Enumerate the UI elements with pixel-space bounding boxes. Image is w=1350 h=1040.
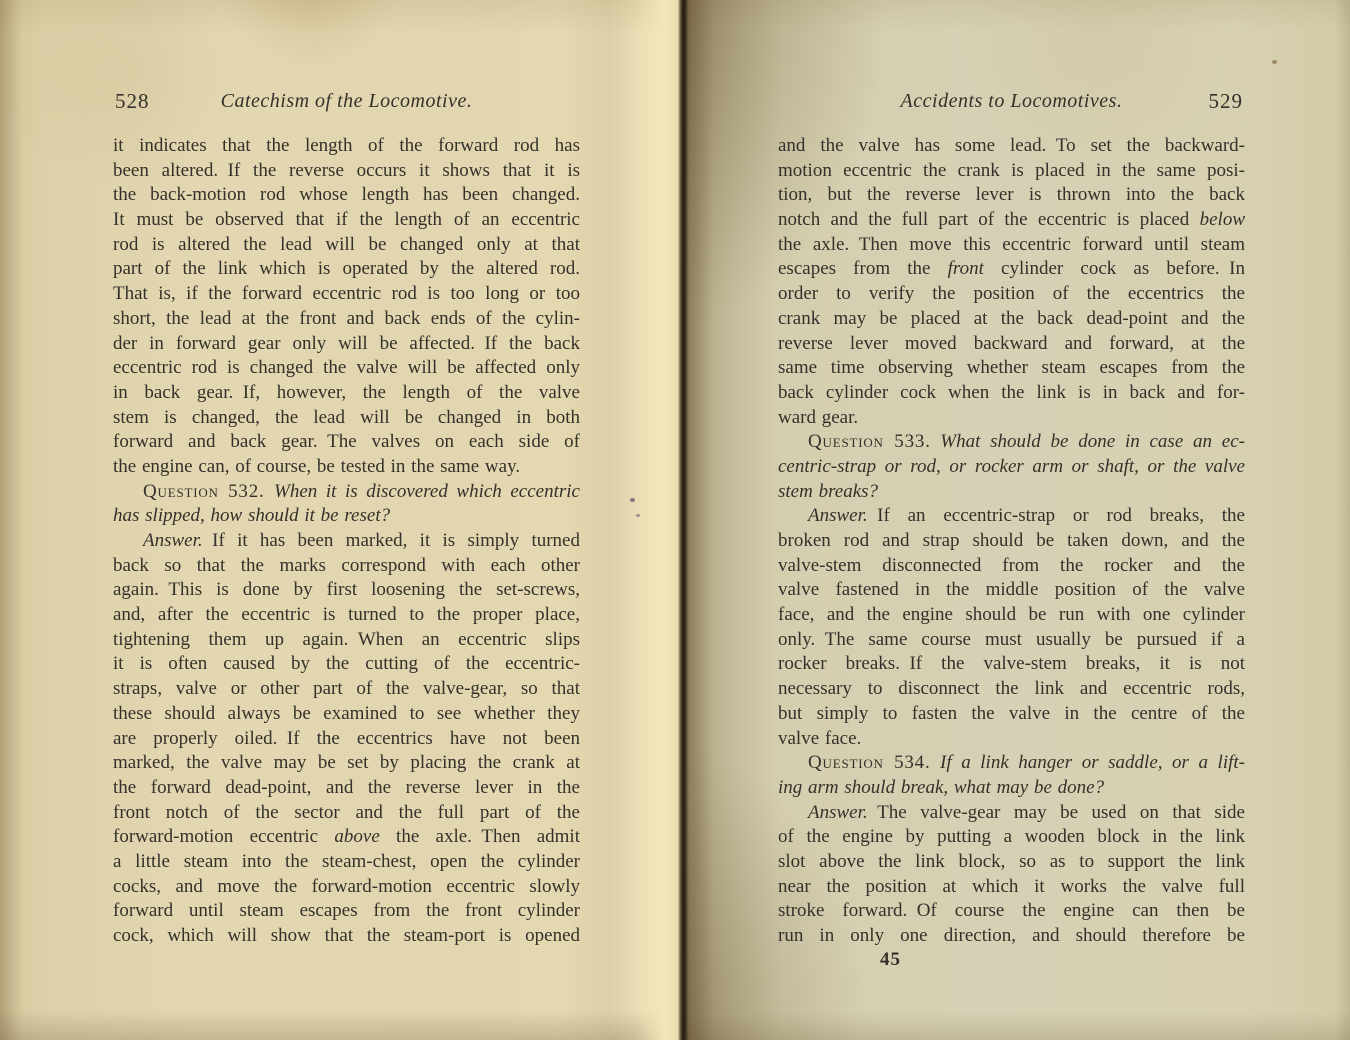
text-line: in back gear. If, however, the length of… — [113, 381, 580, 406]
text-line: slot above the link block, so as to supp… — [778, 850, 1245, 875]
text-line: Question 532. When it is discovered whic… — [113, 480, 580, 505]
signature-mark: 45 — [880, 949, 901, 971]
text-line: notch and the full part of the eccentric… — [778, 208, 1245, 233]
text-line: Answer. The valve-gear may be used on th… — [778, 801, 1245, 826]
text-line: but simply to fasten the valve in the ce… — [778, 702, 1245, 727]
text-line: Answer. If it has been marked, it is sim… — [113, 529, 580, 554]
text-line: Answer. If an eccentric-strap or rod bre… — [778, 504, 1245, 529]
left-page: 528 Catechism of the Locomotive. it indi… — [0, 0, 677, 1040]
text-line: again. This is done by first loosening t… — [113, 578, 580, 603]
text-line: straps, valve or other part of the valve… — [113, 677, 580, 702]
text-line: it is often caused by the cutting of the… — [113, 652, 580, 677]
text-line: run in only one direction, and should th… — [778, 924, 1245, 949]
text-line: stroke forward. Of course the engine can… — [778, 899, 1245, 924]
text-line: eccentric rod is changed the valve will … — [113, 356, 580, 381]
text-line: back so that the marks correspond with e… — [113, 554, 580, 579]
text-line: motion eccentric the crank is placed in … — [778, 159, 1245, 184]
left-page-number: 528 — [115, 88, 150, 114]
text-line: the back-motion rod whose length has bee… — [113, 183, 580, 208]
text-line: reverse lever moved backward and forward… — [778, 332, 1245, 357]
text-line: rod is altered the lead will be changed … — [113, 233, 580, 258]
right-page-text: and the valve has some lead. To set the … — [778, 134, 1245, 949]
left-page-text: it indicates that the length of the forw… — [113, 134, 580, 949]
text-line: valve face. — [778, 727, 1245, 752]
text-line: ward gear. — [778, 406, 1245, 431]
text-line: rocker breaks. If the valve-stem breaks,… — [778, 652, 1245, 677]
book-spread: 528 Catechism of the Locomotive. it indi… — [0, 0, 1350, 1040]
text-line: near the position at which it works the … — [778, 875, 1245, 900]
left-running-title: Catechism of the Locomotive. — [113, 88, 580, 114]
text-line: ing arm should break, what may be done? — [778, 776, 1245, 801]
text-line: tion, but the reverse lever is thrown in… — [778, 183, 1245, 208]
text-line: forward and back gear. The valves on eac… — [113, 430, 580, 455]
text-line: only. The same course must usually be pu… — [778, 628, 1245, 653]
text-line: the axle. Then move this eccentric forwa… — [778, 233, 1245, 258]
text-line: front notch of the sector and the full p… — [113, 801, 580, 826]
text-line: the engine can, of course, be tested in … — [113, 455, 580, 480]
text-line: escapes from the front cylinder cock as … — [778, 257, 1245, 282]
text-line: valve fastened in the middle position of… — [778, 578, 1245, 603]
text-line: Question 533. What should be done in cas… — [778, 430, 1245, 455]
text-line: necessary to disconnect the link and ecc… — [778, 677, 1245, 702]
left-page-header: 528 Catechism of the Locomotive. — [113, 88, 580, 114]
text-line: stem breaks? — [778, 480, 1245, 505]
text-line: That is, if the forward eccentric rod is… — [113, 282, 580, 307]
text-line: and, after the eccentric is turned to th… — [113, 603, 580, 628]
text-line: tightening them up again. When an eccent… — [113, 628, 580, 653]
text-line: are properly oiled. If the eccentrics ha… — [113, 727, 580, 752]
text-line: crank may be placed at the back dead-poi… — [778, 307, 1245, 332]
text-line: part of the link which is operated by th… — [113, 257, 580, 282]
text-line: cocks, and move the forward-motion eccen… — [113, 875, 580, 900]
text-line: has slipped, how should it be reset? — [113, 504, 580, 529]
right-running-title: Accidents to Locomotives. — [778, 88, 1245, 114]
text-line: broken rod and strap should be taken dow… — [778, 529, 1245, 554]
text-line: of the engine by putting a wooden block … — [778, 825, 1245, 850]
text-line: same time observing whether steam escape… — [778, 356, 1245, 381]
text-line: forward until steam escapes from the fro… — [113, 899, 580, 924]
text-line: short, the lead at the front and back en… — [113, 307, 580, 332]
text-line: centric-strap or rod, or rocker arm or s… — [778, 455, 1245, 480]
text-line: a little steam into the steam-chest, ope… — [113, 850, 580, 875]
text-line: and the valve has some lead. To set the … — [778, 134, 1245, 159]
text-line: these should always be examined to see w… — [113, 702, 580, 727]
right-page-header: Accidents to Locomotives. 529 — [778, 88, 1245, 114]
text-line: forward-motion eccentric above the axle.… — [113, 825, 580, 850]
left-text-block: 528 Catechism of the Locomotive. it indi… — [113, 88, 580, 949]
text-line: marked, the valve may be set by placing … — [113, 751, 580, 776]
text-line: Question 534. If a link hanger or saddle… — [778, 751, 1245, 776]
text-line: been altered. If the reverse occurs it s… — [113, 159, 580, 184]
text-line: face, and the engine should be run with … — [778, 603, 1245, 628]
text-line: It must be observed that if the length o… — [113, 208, 580, 233]
text-line: cock, which will show that the steam-por… — [113, 924, 580, 949]
text-line: der in forward gear only will be affecte… — [113, 332, 580, 357]
text-line: back cylinder cock when the link is in b… — [778, 381, 1245, 406]
text-line: valve-stem disconnected from the rocker … — [778, 554, 1245, 579]
text-line: it indicates that the length of the forw… — [113, 134, 580, 159]
text-line: stem is changed, the lead will be change… — [113, 406, 580, 431]
text-line: order to verify the position of the ecce… — [778, 282, 1245, 307]
right-text-block: Accidents to Locomotives. 529 and the va… — [778, 88, 1245, 949]
right-page: Accidents to Locomotives. 529 and the va… — [677, 0, 1350, 1040]
text-line: the forward dead-point, and the reverse … — [113, 776, 580, 801]
right-page-number: 529 — [1209, 88, 1244, 114]
